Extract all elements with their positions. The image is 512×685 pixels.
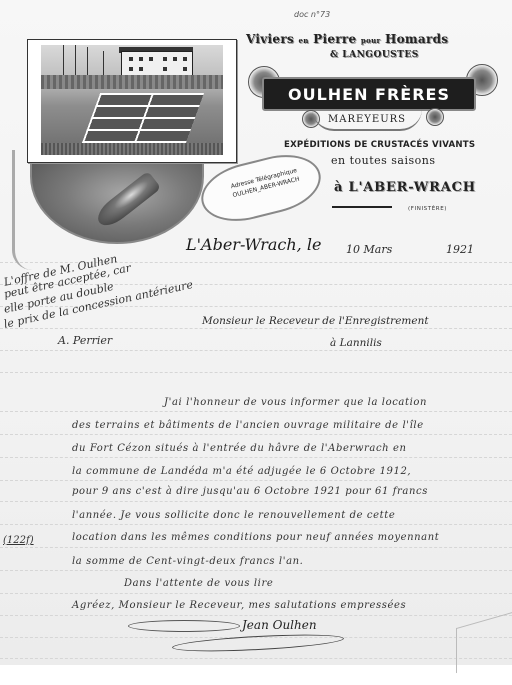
ruled-line xyxy=(0,501,512,502)
addressee-line2: à Lannilis xyxy=(330,337,382,349)
bud-ornament-icon xyxy=(426,108,444,126)
ruled-line xyxy=(0,593,512,594)
building-window xyxy=(163,67,167,71)
ruled-line xyxy=(0,570,512,571)
dateline-day-month: 10 Mars xyxy=(346,243,392,256)
ruled-line xyxy=(0,615,512,616)
tagline-line1: Viviers en Pierre pour Homards xyxy=(246,32,448,46)
body-line: du Fort Cézon situés à l'entrée du hâvre… xyxy=(72,443,407,454)
margin-note-signature: A. Perrier xyxy=(58,334,112,347)
ruled-line xyxy=(0,411,512,412)
tagline-word: Homards xyxy=(385,32,448,46)
tagline-line2: & LANGOUSTES xyxy=(330,50,419,60)
building-window xyxy=(183,57,187,61)
dateline-year: 1921 xyxy=(446,243,474,256)
ruled-line xyxy=(0,350,512,351)
body-line: location dans les mêmes conditions pour … xyxy=(72,532,439,543)
building-window xyxy=(129,67,133,71)
building-window xyxy=(129,57,133,61)
ruled-line xyxy=(0,328,512,329)
building-window xyxy=(139,57,143,61)
tagline-word: Viviers xyxy=(246,32,294,46)
ruled-line xyxy=(0,457,512,458)
ruled-line xyxy=(0,480,512,481)
dateline-place: L'Aber-Wrach, le xyxy=(186,235,321,254)
quay xyxy=(41,143,223,155)
trade-cartouche: MAREYEURS xyxy=(312,109,422,131)
location-underline xyxy=(332,206,392,208)
lobster-ponds xyxy=(82,93,204,143)
service-line1: EXPÉDITIONS DE CRUSTACÉS VIVANTS xyxy=(284,140,475,150)
stone-wall xyxy=(41,75,223,89)
building-window xyxy=(139,67,143,71)
body-line: des terrains et bâtiments de l'ancien ou… xyxy=(72,420,424,431)
margin-amount: (122f) xyxy=(3,535,34,546)
company-region: (FINISTÈRE) xyxy=(408,206,447,212)
closing-line1: Dans l'attente de vous lire xyxy=(124,578,273,589)
ruled-line xyxy=(0,547,512,548)
ruled-line xyxy=(0,434,512,435)
tagline-word: Pierre xyxy=(313,32,356,46)
body-line: la somme de Cent-vingt-deux francs l'an. xyxy=(72,556,303,567)
tagline-word: pour xyxy=(361,36,381,45)
signature: Jean Oulhen xyxy=(242,618,317,632)
company-location: à L'ABER-WRACH xyxy=(334,180,476,195)
company-banner: OULHEN FRÈRES xyxy=(262,77,476,111)
closing-line2: Agréez, Monsieur le Receveur, mes saluta… xyxy=(72,600,406,611)
body-line: la commune de Landéda m'a été adjugée le… xyxy=(72,466,411,477)
body-line: pour 9 ans c'est à dire jusqu'au 6 Octob… xyxy=(72,486,428,497)
ruled-line xyxy=(0,372,512,373)
addressee-line1: Monsieur le Receveur de l'Enregistrement xyxy=(202,315,429,327)
building-window xyxy=(183,67,187,71)
service-line2: en toutes saisons xyxy=(331,154,436,167)
ruled-line xyxy=(0,658,512,659)
ruled-line xyxy=(0,524,512,525)
vivier-illustration xyxy=(41,45,223,155)
body-line: J'ai l'honneur de vous informer que la l… xyxy=(164,397,427,408)
archive-doc-number: doc n°73 xyxy=(294,10,330,19)
signature-flourish xyxy=(128,620,240,632)
building-window xyxy=(149,57,153,61)
body-line: l'année. Je vous sollicite donc le renou… xyxy=(72,510,395,521)
trade-label: MAREYEURS xyxy=(328,114,406,125)
scan-margin xyxy=(0,665,512,685)
building-window xyxy=(173,57,177,61)
company-name: OULHEN FRÈRES xyxy=(288,85,450,104)
vivier-illustration-frame xyxy=(27,39,237,163)
tagline-word: en xyxy=(299,36,309,45)
building-window xyxy=(163,57,167,61)
